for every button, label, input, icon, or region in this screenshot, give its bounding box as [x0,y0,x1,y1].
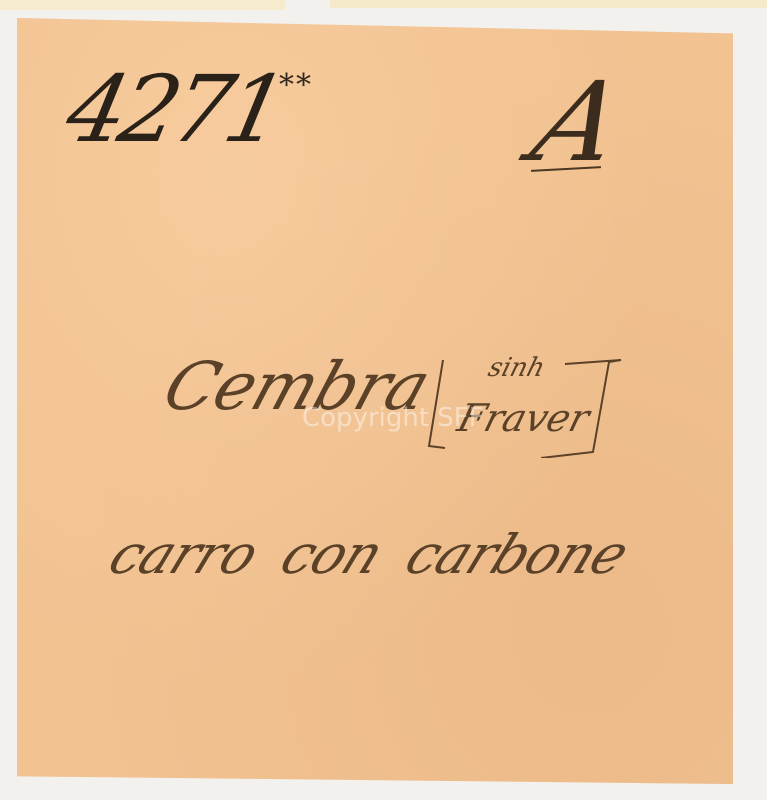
catalog-number: 4271 [58,56,291,163]
bracket-note-top: sinh [485,353,548,383]
copyright-watermark: Copyright SFF [302,403,484,433]
mount-strip-right [330,0,767,8]
mount-strip-left [0,0,285,10]
description-line: carro con carbone [100,523,637,586]
handwritten-note-card: 4271 ** A Cembra sinh Fraver carro con c… [17,18,733,784]
catalog-star-marks: ** [279,68,313,103]
